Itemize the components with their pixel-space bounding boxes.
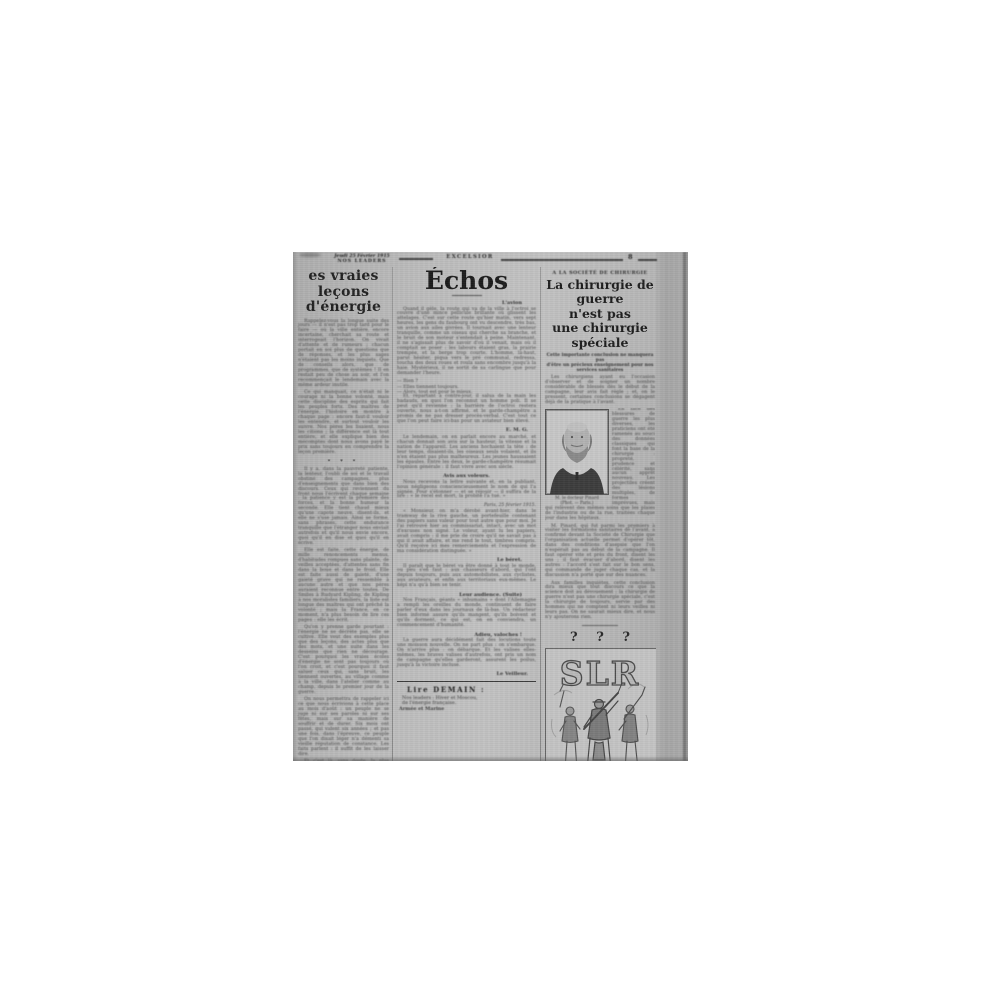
leader-paragraph: Rappelez-vous la longue suite des jours … (298, 320, 389, 389)
read-tomorrow-line: Armée et Marine (397, 707, 536, 713)
newspaper-scan: Jeudi 25 Février 1915 NOS LEADERS EXCELS… (293, 252, 688, 761)
leader-headline: es vraies leçonsd'énergie (298, 269, 389, 316)
chirurgie-paragraph: En face des blessures de guerre les plus… (545, 408, 655, 522)
chirurgie-paragraph: Les chirurgiens ayant eu l'occasion d'ob… (545, 376, 655, 406)
chirurgie-headline-line3: une chirurgie spéciale (552, 320, 648, 350)
chirurgie-headline-line2: n'est pas (569, 306, 631, 321)
column-rule (392, 267, 393, 761)
echos-paragraph: Il paraît que le béret va être donné à t… (397, 565, 536, 590)
column-rule (540, 267, 541, 761)
echos-subhead-avion: L'avion (397, 300, 536, 306)
leader-paragraph: Elle est faite, cette énergie, de mille … (298, 549, 389, 623)
echos-title: Échos (397, 267, 536, 294)
read-tomorrow-label: Lire DEMAIN : (397, 685, 536, 694)
echos-paragraph: Nous recevons la lettre suivante et, en … (397, 481, 536, 501)
chirurgie-paragraph: M. Pinard, qui fut parmi les premiers à … (545, 525, 655, 579)
echos-subhead-voleurs: Avis aux voleurs. (397, 473, 536, 479)
leader-paragraph: Il y a, dans la pauvreté patiente, la le… (298, 468, 389, 547)
screenshot-canvas: Jeudi 25 Février 1915 NOS LEADERS EXCELS… (0, 0, 1000, 1000)
deck-line: Cette importante conclusion ne manquera … (547, 353, 654, 363)
leader-article-column: es vraies leçonsd'énergie Rappelez-vous … (297, 267, 392, 761)
header-rule (399, 258, 433, 260)
echos-column: Échos L'avion Quand il gèle, la route qu… (393, 267, 540, 761)
ink-smudge (299, 253, 321, 257)
article-kicker: A LA SOCIÉTÉ DE CHIRURGIE (545, 270, 655, 276)
soldiers-sketch: SLR (546, 649, 654, 761)
page-header-row: Jeudi 25 Février 1915 NOS LEADERS EXCELS… (297, 254, 658, 267)
deck-line: services sanitaires (577, 368, 624, 373)
page-number: 8 (628, 253, 633, 261)
page-right-margin-edge (656, 252, 688, 761)
echos-subhead-adieu: Adieu, valoches ! (397, 632, 536, 638)
leader-paragraph: Et c'est là, sans doute, la plus neuve e… (298, 760, 389, 761)
title-ornament (452, 295, 482, 296)
echos-paragraph: Nos Français, géants « inhumains » dont … (397, 599, 536, 629)
signature: E. M. G. (397, 427, 536, 433)
slr-soldiers-advertisement: SLR (545, 648, 657, 761)
leader-paragraph: Qu'on y prenne garde pourtant : l'énergi… (298, 626, 389, 695)
chirurgie-paragraph: Aux familles inquiètes, cette conclusion… (545, 582, 655, 622)
chirurgie-headline-line1: La chirurgie de guerre (546, 277, 653, 307)
masthead: EXCELSIOR (444, 254, 496, 260)
chirurgie-article-column: A LA SOCIÉTÉ DE CHIRURGIE La chirurgie d… (541, 267, 658, 761)
header-rule (638, 259, 657, 261)
dateline-block: Jeudi 25 Février 1915 NOS LEADERS (330, 254, 394, 264)
echos-paragraph: Le lendemain, on en parlait encore au ma… (397, 436, 536, 471)
header-rule (501, 259, 623, 261)
columns: es vraies leçonsd'énergie Rappelez-vous … (297, 267, 658, 761)
asterisk-separator: * * * (298, 459, 389, 465)
echos-subhead-audience: Leur audience. (Suite) (397, 592, 536, 598)
echos-paragraph: La guerre aura décidément fait des locut… (397, 639, 536, 669)
leader-headline-line1: es vraies leçons (308, 268, 378, 300)
echos-paragraph: Et, repartant à contre-jour, il salua de… (397, 395, 536, 425)
echos-paragraph: Quand il gèle, la route qui va de la vil… (397, 308, 536, 377)
poster-letters: SLR (560, 654, 640, 693)
signature: Le Veilleur. (397, 671, 536, 677)
chirurgie-headline: La chirurgie de guerren'est pasune chiru… (545, 278, 655, 351)
read-tomorrow-block: Lire DEMAIN : Nos leaders : Hiver et Mos… (397, 681, 536, 712)
article-deck: Cette importante conclusion ne manquera … (545, 353, 655, 373)
leader-headline-line2: d'énergie (306, 299, 381, 315)
leader-paragraph: On nous permettra de rappeler ici ce que… (298, 698, 389, 757)
portrait-with-text: M. le docteur Pinard (Phot. — Paris.) En… (545, 408, 655, 524)
place-dateline: Paris, 25 février 1915. (397, 503, 536, 508)
section-label: NOS LEADERS (330, 259, 394, 264)
question-marks-teaser: ? ? ? (545, 630, 655, 645)
echos-subhead-beret: Le béret. (397, 557, 536, 563)
echos-paragraph: « Monsieur, on m'a dérobé avant-hier, da… (397, 510, 536, 555)
section-rule (582, 625, 618, 626)
leader-paragraph: Ce qui manquait, ce n'était ni le courag… (298, 391, 389, 455)
